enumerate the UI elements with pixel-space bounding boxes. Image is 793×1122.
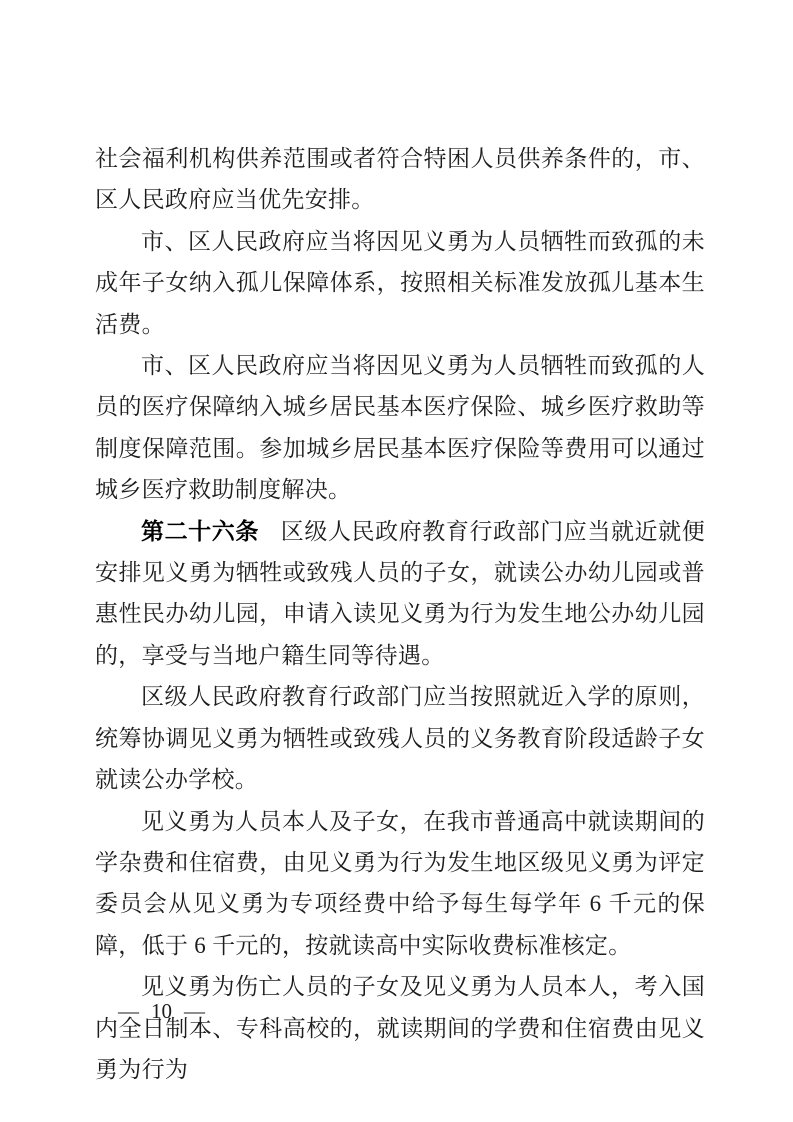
paragraph: 见义勇为人员本人及子女，在我市普通高中就读期间的学杂费和住宿费，由见义勇为行为发…	[95, 801, 705, 967]
paragraph: 区级人民政府教育行政部门应当按照就近入学的原则，统筹协调见义勇为牺牲或致残人员的…	[95, 676, 705, 800]
paragraph-article-26: 第二十六条区级人民政府教育行政部门应当就近就便安排见义勇为牺牲或致残人员的子女，…	[95, 511, 705, 677]
article-number: 第二十六条	[141, 518, 259, 544]
footer-dash-right: —	[184, 997, 205, 1025]
paragraph: 见义勇为伤亡人员的子女及见义勇为人员本人，考入国内全日制本、专科高校的，就读期间…	[95, 966, 705, 1090]
paragraph: 市、区人民政府应当将因见义勇为人员牺牲而致孤的未成年子女纳入孤儿保障体系，按照相…	[95, 221, 705, 345]
document-body: 社会福利机构供养范围或者符合特困人员供养条件的，市、区人民政府应当优先安排。 市…	[95, 138, 705, 1090]
paragraph: 市、区人民政府应当将因见义勇为人员牺牲而致孤的人员的医疗保障纳入城乡居民基本医疗…	[95, 345, 705, 511]
footer-dash-left: —	[118, 997, 139, 1025]
page-number: 10	[151, 997, 172, 1025]
paragraph-continuation: 社会福利机构供养范围或者符合特困人员供养条件的，市、区人民政府应当优先安排。	[95, 138, 705, 221]
document-page: 社会福利机构供养范围或者符合特困人员供养条件的，市、区人民政府应当优先安排。 市…	[0, 0, 793, 1122]
page-footer: — 10 —	[118, 997, 205, 1025]
